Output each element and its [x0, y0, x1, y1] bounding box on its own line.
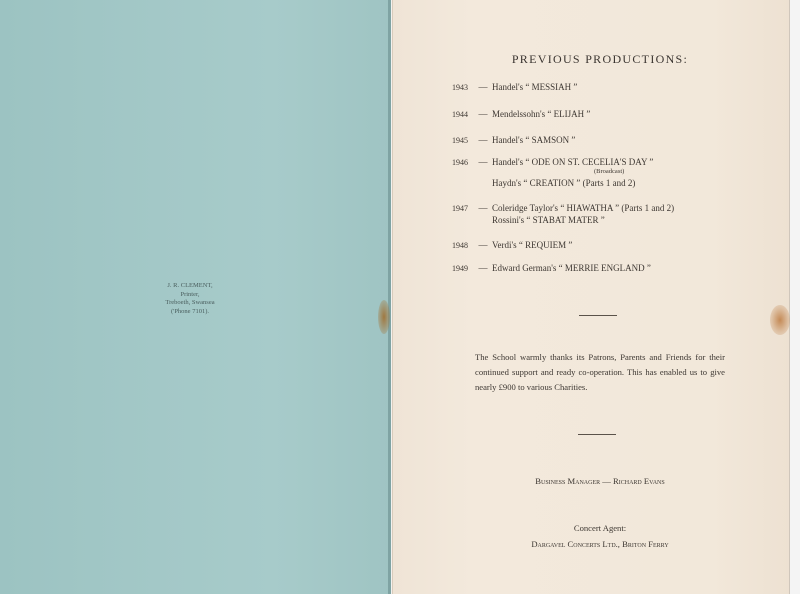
divider-rule	[578, 434, 616, 435]
divider-rule	[579, 315, 617, 316]
business-manager: Business Manager — Richard Evans	[455, 476, 745, 486]
concert-agent: Dargavel Concerts Ltd., Briton Ferry	[455, 539, 745, 549]
production-item: 1943—Handel's “ MESSIAH ”	[452, 82, 577, 92]
page-title: PREVIOUS PRODUCTIONS:	[475, 52, 725, 67]
printer-imprint: J. R. CLEMENT, Printer, Treboeth, Swanse…	[120, 282, 260, 316]
production-item: 1947—Coleridge Taylor's “ HIAWATHA ” (Pa…	[452, 203, 674, 213]
booklet-spread: J. R. CLEMENT, Printer, Treboeth, Swanse…	[0, 0, 800, 594]
production-item: 1948—Verdi's “ REQUIEM ”	[452, 240, 572, 250]
edge-stain	[770, 305, 790, 335]
thanks-paragraph: The School warmly thanks its Patrons, Pa…	[475, 350, 725, 395]
page-edge	[789, 0, 800, 594]
production-item: 1944—Mendelssohn's “ ELIJAH ”	[452, 109, 590, 119]
production-item: 1946—Handel's “ ODE ON ST. CECELIA'S DAY…	[452, 157, 653, 167]
broadcast-note: (Broadcast)	[594, 168, 624, 175]
printer-role: Printer,	[120, 291, 260, 300]
printer-phone: ('Phone 7101).	[120, 308, 260, 317]
back-cover-page: J. R. CLEMENT, Printer, Treboeth, Swanse…	[0, 0, 391, 594]
production-item: 1945—Handel's “ SAMSON ”	[452, 135, 575, 145]
concert-agent-label: Concert Agent:	[455, 523, 745, 533]
printer-name: J. R. CLEMENT,	[120, 282, 260, 291]
spine-stain	[378, 300, 390, 334]
printer-address: Treboeth, Swansea	[120, 299, 260, 308]
production-item: 1949—Edward German's “ MERRIE ENGLAND ”	[452, 263, 651, 273]
